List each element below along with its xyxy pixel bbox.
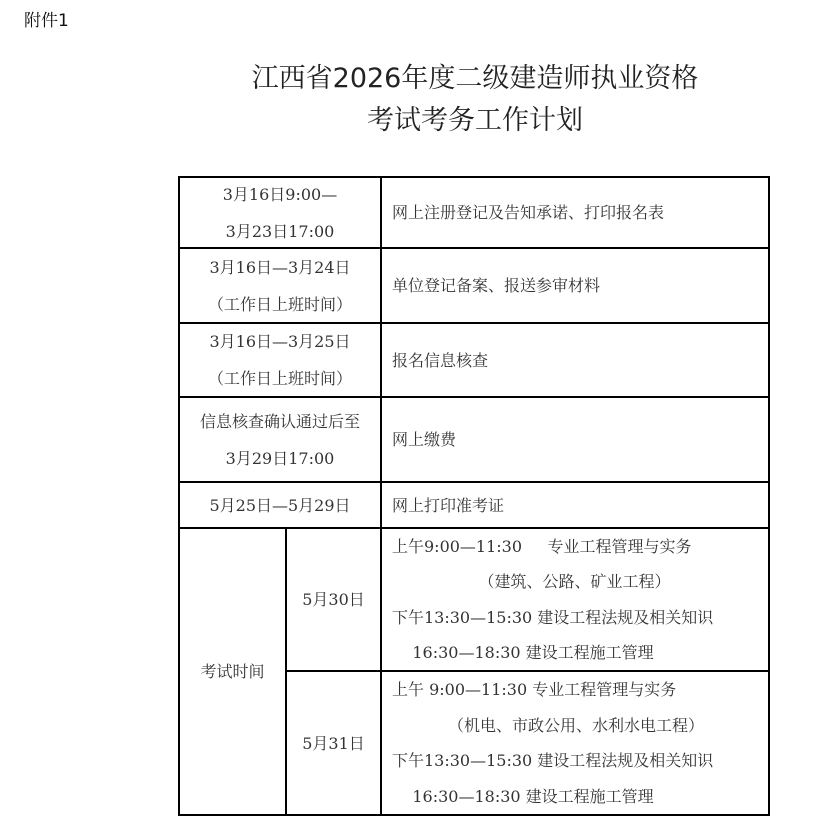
schedule-task-cell: 网上打印准考证 bbox=[382, 483, 768, 527]
exam-session-line: 上午 9:00—11:30 专业工程管理与实务 bbox=[392, 672, 676, 708]
schedule-time-cell: 3月16日—3月25日 （工作日上班时间） bbox=[180, 324, 380, 396]
schedule-task-cell: 网上缴费 bbox=[382, 398, 768, 481]
exam-session-line: 16:30—18:30 建设工程施工管理 bbox=[392, 635, 654, 671]
time-text: 3月16日9:00— bbox=[223, 176, 337, 213]
exam-sessions-cell: 上午 9:00—11:30 专业工程管理与实务 （机电、市政公用、水利水电工程）… bbox=[382, 672, 768, 814]
time-text: 信息核查确认通过后至 bbox=[200, 403, 360, 440]
task-text: 单位登记备案、报送参审材料 bbox=[392, 267, 600, 304]
schedule-task-cell: 单位登记备案、报送参审材料 bbox=[382, 249, 768, 322]
attachment-label: 附件1 bbox=[24, 6, 69, 31]
exam-session-line: 下午13:30—15:30 建设工程法规及相关知识 bbox=[392, 600, 713, 636]
table-border-right bbox=[768, 176, 770, 816]
exam-date: 5月30日 bbox=[302, 581, 365, 618]
time-text: 3月16日—3月24日 bbox=[209, 249, 350, 286]
exam-date-cell: 5月31日 bbox=[287, 672, 380, 814]
exam-session-line: 16:30—18:30 建设工程施工管理 bbox=[392, 779, 654, 815]
schedule-task-cell: 报名信息核查 bbox=[382, 324, 768, 396]
page-title-line1: 江西省2026年度二级建造师执业资格 bbox=[0, 56, 836, 95]
time-text: 5月25日—5月29日 bbox=[209, 487, 350, 524]
table-border-bottom bbox=[178, 814, 770, 816]
time-text: （工作日上班时间） bbox=[208, 286, 352, 323]
task-text: 网上缴费 bbox=[392, 421, 456, 458]
task-text: 网上注册登记及告知承诺、打印报名表 bbox=[392, 194, 664, 231]
exam-sessions-cell: 上午9:00—11:30 专业工程管理与实务 （建筑、公路、矿业工程） 下午13… bbox=[382, 529, 768, 670]
exam-time-label: 考试时间 bbox=[200, 653, 264, 690]
time-text: 3月23日17:00 bbox=[226, 213, 335, 250]
page-title-line2: 考试考务工作计划 bbox=[0, 98, 836, 137]
time-text: （工作日上班时间） bbox=[208, 360, 352, 397]
schedule-time-cell: 3月16日—3月24日 （工作日上班时间） bbox=[180, 249, 380, 322]
exam-time-label-cell: 考试时间 bbox=[180, 529, 285, 814]
time-text: 3月16日—3月25日 bbox=[209, 323, 350, 360]
task-text: 网上打印准考证 bbox=[392, 487, 504, 524]
exam-session-line: 下午13:30—15:30 建设工程法规及相关知识 bbox=[392, 743, 713, 779]
schedule-time-cell: 3月16日9:00— 3月23日17:00 bbox=[180, 178, 380, 247]
schedule-time-cell: 信息核查确认通过后至 3月29日17:00 bbox=[180, 398, 380, 481]
schedule-time-cell: 5月25日—5月29日 bbox=[180, 483, 380, 527]
schedule-task-cell: 网上注册登记及告知承诺、打印报名表 bbox=[382, 178, 768, 247]
time-text: 3月29日17:00 bbox=[226, 440, 335, 477]
exam-date-cell: 5月30日 bbox=[287, 529, 380, 670]
exam-session-line: （建筑、公路、矿业工程） bbox=[392, 564, 670, 600]
exam-date: 5月31日 bbox=[302, 725, 365, 762]
task-text: 报名信息核查 bbox=[392, 342, 488, 379]
exam-session-line: 上午9:00—11:30 专业工程管理与实务 bbox=[392, 529, 691, 565]
exam-session-line: （机电、市政公用、水利水电工程） bbox=[392, 708, 704, 744]
